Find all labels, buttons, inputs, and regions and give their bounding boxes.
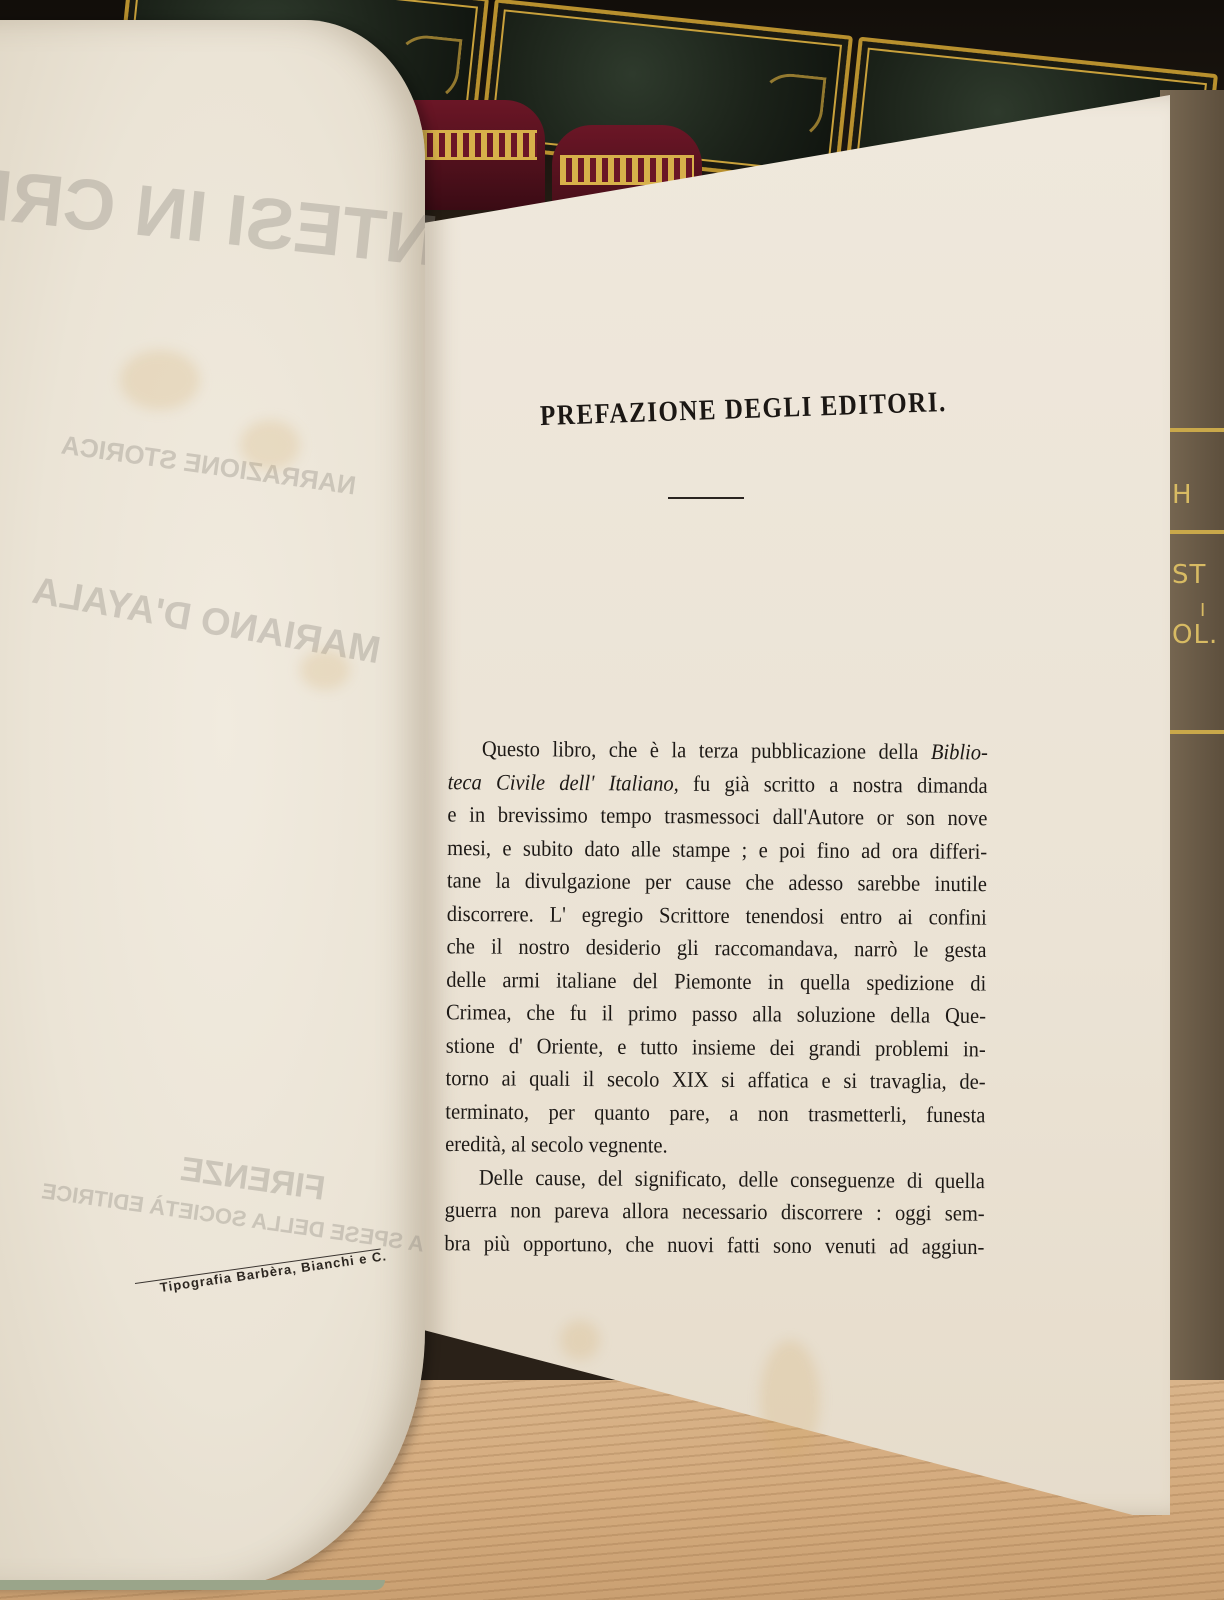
foxing-stain	[760, 1340, 820, 1460]
foxing-stain	[560, 1320, 600, 1360]
text-line: Delle cause, del significato, delle cons…	[445, 1161, 985, 1198]
text-line: Crimea, che fu il primo passo alla soluz…	[446, 997, 986, 1034]
text-line: e in brevissimo tempo trasmessoci dall'A…	[447, 799, 987, 836]
preface-body: Questo libro, che è la terza pubblicazio…	[444, 733, 988, 1264]
text-line: bra più opportuno, che nuovi fatti sono …	[444, 1227, 984, 1264]
foxing-stain	[300, 650, 350, 690]
text-line: terminato, per quanto pare, a non trasme…	[445, 1095, 985, 1132]
text-line: che il nostro desiderio gli raccomandava…	[446, 931, 986, 968]
spine-label: I	[1200, 600, 1206, 621]
text-line: tane la divulgazione per cause che adess…	[447, 865, 987, 902]
text-line: discorrere. L' egregio Scrittore tenendo…	[447, 898, 987, 935]
page-edge	[0, 1580, 385, 1590]
text-line: mesi, e subito dato alle stampe ; e poi …	[447, 832, 987, 869]
spine-label: OL.	[1172, 620, 1218, 650]
foxing-stain	[120, 350, 200, 410]
text-line: torno ai quali il secolo XIX si affatica…	[445, 1062, 985, 1099]
text-line: delle armi italiane del Piemonte in quel…	[446, 964, 986, 1001]
text-line: stione d' Oriente, e tutto insieme dei g…	[446, 1029, 986, 1066]
heading-rule	[668, 497, 744, 499]
text-line: teca Civile dell' Italiano, fu già scrit…	[448, 766, 988, 803]
text-line: Questo libro, che è la terza pubblicazio…	[448, 733, 988, 770]
foxing-stain	[240, 420, 300, 470]
text-line: guerra non pareva allora necessario disc…	[445, 1194, 985, 1231]
text-line: eredità, al secolo vegnente.	[445, 1128, 985, 1165]
spine-label: ST	[1172, 560, 1206, 590]
spine-label: H	[1172, 480, 1193, 510]
